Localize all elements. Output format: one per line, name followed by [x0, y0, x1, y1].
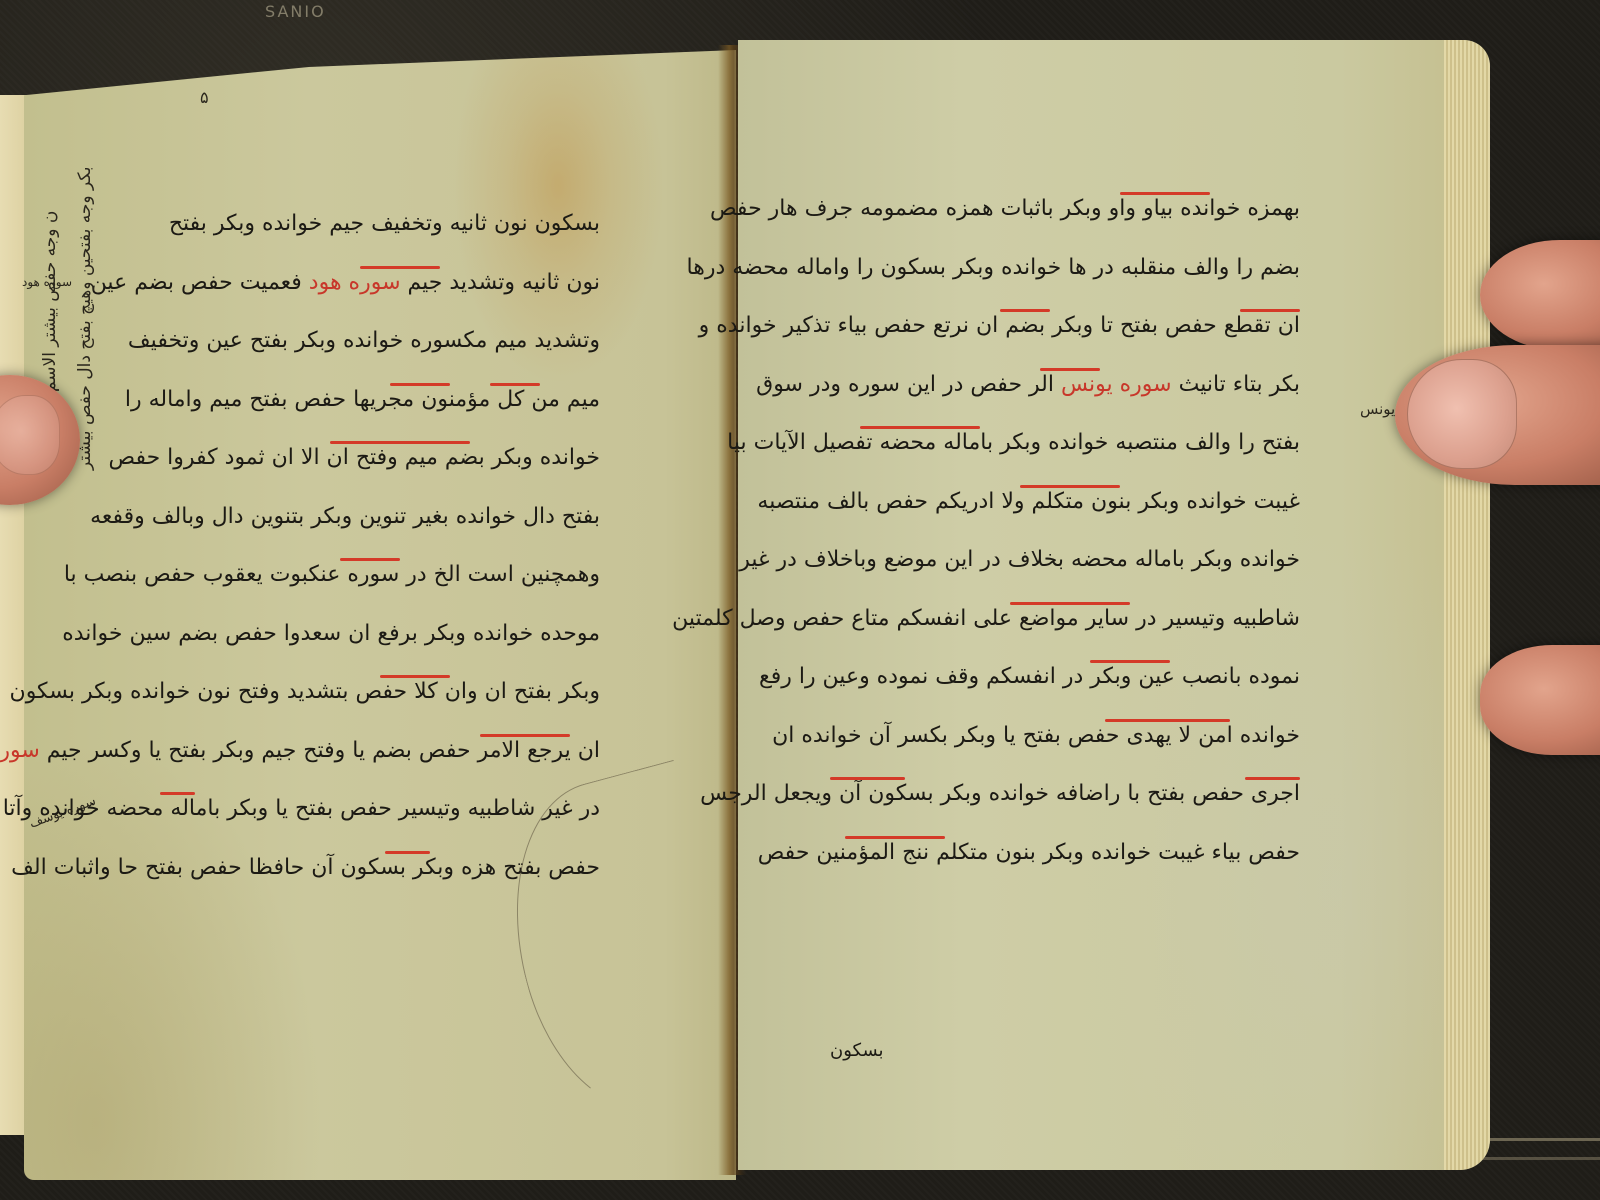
text-line: ان تقطع حفص بفتح تا وبکر بضم ان نرتع حفص…	[830, 297, 1300, 356]
text-line: وهمچنین است الخ در سوره عنکبوت یعقوب حفص…	[160, 546, 600, 605]
text-line: بکر بتاء تانیث سوره یونس الر حفص در این …	[830, 356, 1300, 415]
text-line: وبکر بفتح ان وان کلا حفص بتشدید وفتح نون…	[160, 663, 600, 722]
text-line: ان یرجع الامر حفص بضم یا وفتح جیم وبکر ب…	[160, 722, 600, 781]
text-line: بهمزه خوانده بیاو واو وبکر باثبات همزه م…	[830, 180, 1300, 239]
catchword: بسکون	[830, 1040, 884, 1061]
margin-note: یونس	[1360, 400, 1395, 418]
margin-note-surah: سوره هود	[22, 275, 72, 289]
right-finger-bottom	[1480, 645, 1600, 755]
text-line: میم من کل مؤمنون مجریها حفص بفتح میم وام…	[160, 371, 600, 430]
text-line: بفتح دال خوانده بغیر تنوین وبکر بتنوین د…	[160, 488, 600, 547]
text-line: خوانده امن لا یهدی حفص بفتح یا وبکر بکسر…	[830, 707, 1300, 766]
text-line: شاطبیه وتیسیر در سایر مواضع علی انفسکم م…	[830, 590, 1300, 649]
text-line: بسکون نون ثانیه وتخفیف جیم خوانده وبکر ب…	[160, 195, 600, 254]
text-line: غیبت خوانده وبکر بنون متکلم ولا ادریکم ح…	[830, 473, 1300, 532]
text-line: نون ثانیه وتشدید جیم سوره هود فعمیت حفص …	[160, 254, 600, 313]
right-finger-top	[1480, 240, 1600, 350]
right-page-text: بهمزه خوانده بیاو واو وبکر باثبات همزه م…	[830, 180, 1300, 882]
text-line: حفص بیاء غیبت خوانده وبکر بنون متکلم ننج…	[830, 824, 1300, 883]
text-line: خوانده وبکر بضم میم وفتح ان الا ان ثمود …	[160, 429, 600, 488]
text-line: وتشدید میم مکسوره خوانده وبکر بفتح عین و…	[160, 312, 600, 371]
mat-stamp: SANIO	[265, 2, 326, 21]
text-line: موحده خوانده وبکر برفع ان سعدوا حفص بضم …	[160, 605, 600, 664]
text-line: اجری حفص بفتح با راضافه خوانده وبکر بسکو…	[830, 765, 1300, 824]
text-line: نموده بانصب عین وبکر در انفسکم وقف نموده…	[830, 648, 1300, 707]
left-page-text: بسکون نون ثانیه وتخفیف جیم خوانده وبکر ب…	[160, 195, 600, 897]
rubric-surah-heading: سوره یونس	[1061, 372, 1172, 397]
text-line: خوانده وبکر باماله محضه بخلاف در این موض…	[830, 531, 1300, 590]
rubric-surah-heading: سوره هود	[309, 270, 401, 295]
text-line: بفتح را والف منتصبه خوانده وبکر باماله م…	[830, 414, 1300, 473]
text-line: بضم را والف منقلبه در ها خوانده وبکر بسک…	[830, 239, 1300, 298]
rubric-surah-heading: سوره یوسف	[0, 738, 40, 763]
folio-mark: ۵	[200, 88, 209, 107]
